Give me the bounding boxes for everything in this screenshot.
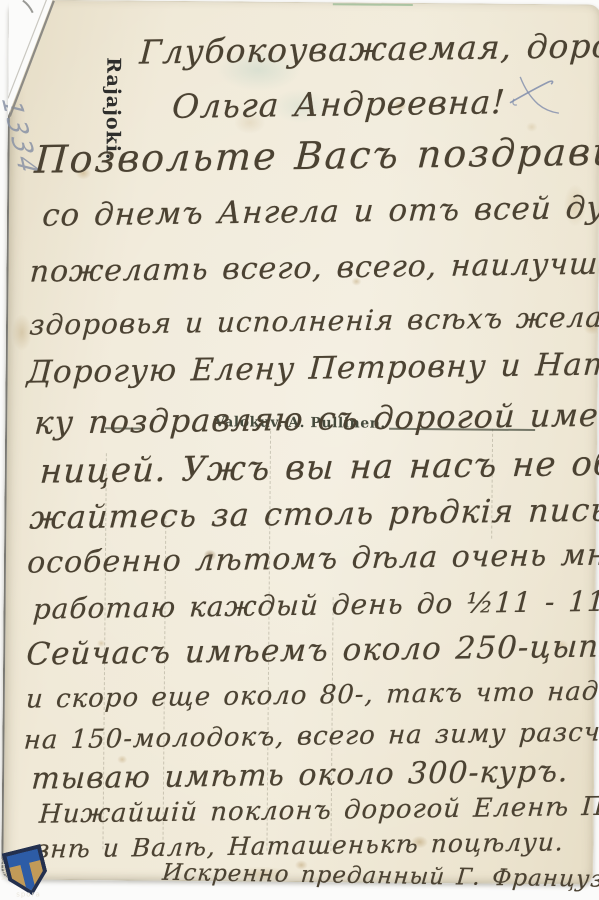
handwritten-line: Дорогую Елену Петровну и Наташень- (26, 348, 599, 389)
handwritten-line: на 150-молодокъ, всего на зиму разсчи- (23, 719, 599, 753)
scan-edge-artifact (333, 3, 413, 6)
handwritten-signature-line: Искренно преданный Г. Французевъ. (161, 862, 599, 893)
postcard-back: Valokuv. A. Pullinen. Rajajoki. 1334 Глу… (1, 0, 599, 885)
handwritten-line: жайтесь за столь рѣдкія письма, (29, 493, 599, 534)
handwritten-line: работаю каждый день до ½11 - 11ч. веч. (32, 586, 599, 623)
handwritten-line: ку поздравляю съ дорогой именин- (34, 398, 599, 439)
handwritten-line: Ольга Андреевна! (171, 85, 506, 123)
handwritten-line: со днемъ Ангела и отъ всей души (41, 192, 599, 232)
handwritten-line: Позвольте Васъ поздравить (33, 132, 599, 179)
handwritten-line: тываю имѣть около 300-куръ. (30, 757, 569, 795)
handwritten-line: Сейчасъ имѣемъ около 250-цыплятъ (26, 630, 599, 670)
postcard-scan: Valokuv. A. Pullinen. Rajajoki. 1334 Глу… (0, 0, 599, 900)
handwritten-line: ницей. Ужъ вы на насъ не оби- (39, 446, 599, 489)
handwritten-line: Нижайшій поклонъ дорогой Еленѣ Петро- (38, 793, 599, 828)
watermark-text-bottom: spora (16, 890, 41, 898)
handwritten-line: особенно лѣтомъ дѣла очень много, (26, 540, 599, 579)
handwritten-line: внѣ и Валѣ, Наташенькѣ поцѣлуи. (34, 829, 565, 861)
handwritten-line: и скоро еще около 80-, такъ что надѣюсь (25, 678, 599, 713)
place-label: Rajajoki. (101, 57, 124, 207)
handwritten-line: здоровья и исполненія всѣхъ желаній. (29, 303, 599, 340)
pencil-scribble-mark (504, 69, 566, 122)
handwritten-line: Глубокоуважаемая, дорогая (139, 28, 599, 68)
handwritten-line: пожелать всего, всего, наилучшаго, (29, 249, 599, 288)
